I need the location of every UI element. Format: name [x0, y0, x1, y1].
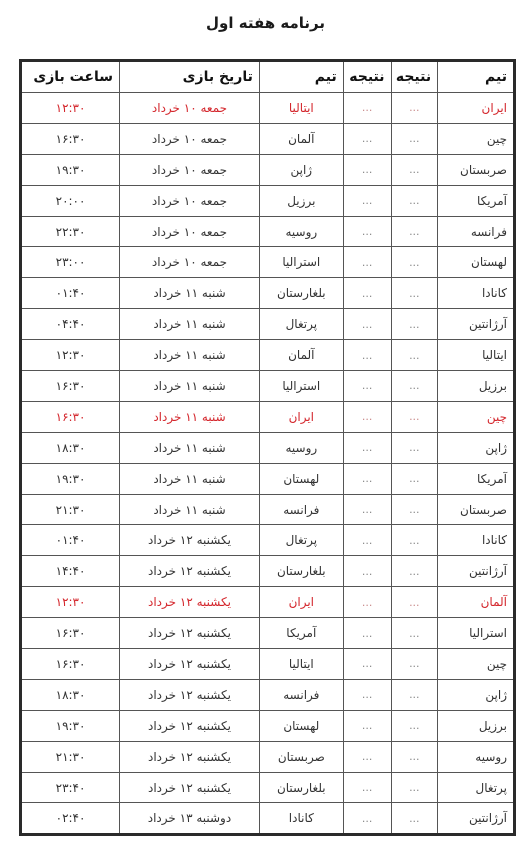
table-header-row: تیم نتیجه نتیجه تیم تاریخ بازی ساعت بازی — [21, 61, 515, 93]
table-row: ایران......ایتالیاجمعه ۱۰ خرداد۱۲:۳۰ — [21, 93, 515, 124]
cell-date: شنبه ۱۱ خرداد — [120, 401, 260, 432]
header-result2: نتیجه — [343, 61, 391, 93]
table-row: ژاپن......روسیهشنبه ۱۱ خرداد۱۸:۳۰ — [21, 432, 515, 463]
schedule-table: تیم نتیجه نتیجه تیم تاریخ بازی ساعت بازی… — [19, 59, 516, 836]
cell-time: ۱۶:۳۰ — [21, 123, 120, 154]
page-title: برنامه هفته اول — [0, 12, 531, 34]
cell-result1: ... — [391, 710, 438, 741]
cell-result2: ... — [343, 309, 391, 340]
cell-team2: آمریکا — [259, 618, 343, 649]
cell-team2: ایران — [259, 401, 343, 432]
cell-time: ۱۴:۴۰ — [21, 556, 120, 587]
cell-result1: ... — [391, 309, 438, 340]
header-date: تاریخ بازی — [120, 61, 260, 93]
cell-result1: ... — [391, 123, 438, 154]
cell-team1: استرالیا — [438, 618, 515, 649]
cell-team2: روسیه — [259, 216, 343, 247]
cell-team1: ژاپن — [438, 679, 515, 710]
cell-result1: ... — [391, 216, 438, 247]
cell-time: ۰۱:۴۰ — [21, 525, 120, 556]
cell-team2: فرانسه — [259, 679, 343, 710]
cell-team1: آرژانتین — [438, 556, 515, 587]
cell-result2: ... — [343, 185, 391, 216]
table-row: ایتالیا......آلمانشنبه ۱۱ خرداد۱۲:۳۰ — [21, 340, 515, 371]
table-row: صربستان......ژاپنجمعه ۱۰ خرداد۱۹:۳۰ — [21, 154, 515, 185]
cell-team2: بلغارستان — [259, 278, 343, 309]
cell-team1: چین — [438, 649, 515, 680]
cell-result2: ... — [343, 494, 391, 525]
cell-result1: ... — [391, 772, 438, 803]
table-row: آرژانتین......پرتغالشنبه ۱۱ خرداد۰۴:۴۰ — [21, 309, 515, 340]
cell-date: شنبه ۱۱ خرداد — [120, 463, 260, 494]
cell-team2: فرانسه — [259, 494, 343, 525]
cell-team1: چین — [438, 123, 515, 154]
header-team1: تیم — [438, 61, 515, 93]
cell-time: ۲۳:۰۰ — [21, 247, 120, 278]
cell-date: یکشنبه ۱۲ خرداد — [120, 679, 260, 710]
cell-time: ۱۲:۳۰ — [21, 340, 120, 371]
cell-result2: ... — [343, 741, 391, 772]
table-row: برزیل......استرالیاشنبه ۱۱ خرداد۱۶:۳۰ — [21, 371, 515, 402]
table-row: آمریکا......برزیلجمعه ۱۰ خرداد۲۰:۰۰ — [21, 185, 515, 216]
cell-team1: ایتالیا — [438, 340, 515, 371]
cell-time: ۰۲:۴۰ — [21, 803, 120, 835]
cell-result1: ... — [391, 494, 438, 525]
cell-result2: ... — [343, 710, 391, 741]
cell-team1: چین — [438, 401, 515, 432]
cell-result2: ... — [343, 123, 391, 154]
cell-date: یکشنبه ۱۲ خرداد — [120, 710, 260, 741]
cell-result1: ... — [391, 679, 438, 710]
cell-date: یکشنبه ۱۲ خرداد — [120, 741, 260, 772]
cell-date: جمعه ۱۰ خرداد — [120, 185, 260, 216]
cell-time: ۰۱:۴۰ — [21, 278, 120, 309]
cell-team2: برزیل — [259, 185, 343, 216]
cell-time: ۱۹:۳۰ — [21, 463, 120, 494]
cell-time: ۱۶:۳۰ — [21, 649, 120, 680]
cell-result1: ... — [391, 741, 438, 772]
cell-team1: آلمان — [438, 587, 515, 618]
cell-team2: پرتغال — [259, 309, 343, 340]
cell-time: ۰۴:۴۰ — [21, 309, 120, 340]
cell-result2: ... — [343, 556, 391, 587]
cell-team2: ژاپن — [259, 154, 343, 185]
table-row: روسیه......صربستانیکشنبه ۱۲ خرداد۲۱:۳۰ — [21, 741, 515, 772]
cell-result2: ... — [343, 618, 391, 649]
cell-date: شنبه ۱۱ خرداد — [120, 432, 260, 463]
cell-team1: آمریکا — [438, 185, 515, 216]
cell-date: جمعه ۱۰ خرداد — [120, 216, 260, 247]
cell-team1: آرژانتین — [438, 309, 515, 340]
cell-team2: ایران — [259, 587, 343, 618]
table-row: آرژانتین......بلغارستانیکشنبه ۱۲ خرداد۱۴… — [21, 556, 515, 587]
cell-time: ۲۱:۳۰ — [21, 741, 120, 772]
cell-time: ۲۲:۳۰ — [21, 216, 120, 247]
table-row: چین......ایرانشنبه ۱۱ خرداد۱۶:۳۰ — [21, 401, 515, 432]
cell-result1: ... — [391, 93, 438, 124]
cell-result1: ... — [391, 340, 438, 371]
cell-time: ۱۹:۳۰ — [21, 710, 120, 741]
cell-result1: ... — [391, 463, 438, 494]
cell-time: ۱۶:۳۰ — [21, 371, 120, 402]
cell-result1: ... — [391, 803, 438, 835]
cell-date: شنبه ۱۱ خرداد — [120, 340, 260, 371]
cell-result1: ... — [391, 371, 438, 402]
cell-date: دوشنبه ۱۳ خرداد — [120, 803, 260, 835]
cell-result2: ... — [343, 679, 391, 710]
table-row: کانادا......پرتغالیکشنبه ۱۲ خرداد۰۱:۴۰ — [21, 525, 515, 556]
table-row: ژاپن......فرانسهیکشنبه ۱۲ خرداد۱۸:۳۰ — [21, 679, 515, 710]
cell-time: ۱۸:۳۰ — [21, 432, 120, 463]
cell-result2: ... — [343, 401, 391, 432]
cell-result2: ... — [343, 278, 391, 309]
table-row: چین......ایتالیایکشنبه ۱۲ خرداد۱۶:۳۰ — [21, 649, 515, 680]
cell-time: ۱۹:۳۰ — [21, 154, 120, 185]
cell-team2: بلغارستان — [259, 556, 343, 587]
table-row: صربستان......فرانسهشنبه ۱۱ خرداد۲۱:۳۰ — [21, 494, 515, 525]
cell-date: یکشنبه ۱۲ خرداد — [120, 587, 260, 618]
cell-time: ۱۲:۳۰ — [21, 93, 120, 124]
cell-team2: ایتالیا — [259, 649, 343, 680]
cell-team1: آرژانتین — [438, 803, 515, 835]
cell-time: ۲۱:۳۰ — [21, 494, 120, 525]
cell-result2: ... — [343, 772, 391, 803]
cell-team1: کانادا — [438, 525, 515, 556]
cell-team2: روسیه — [259, 432, 343, 463]
cell-result2: ... — [343, 463, 391, 494]
table-row: کانادا......بلغارستانشنبه ۱۱ خرداد۰۱:۴۰ — [21, 278, 515, 309]
cell-result1: ... — [391, 432, 438, 463]
cell-time: ۱۲:۳۰ — [21, 587, 120, 618]
cell-time: ۱۸:۳۰ — [21, 679, 120, 710]
cell-team2: لهستان — [259, 710, 343, 741]
cell-team2: بلغارستان — [259, 772, 343, 803]
table-row: چین......آلمانجمعه ۱۰ خرداد۱۶:۳۰ — [21, 123, 515, 154]
cell-date: جمعه ۱۰ خرداد — [120, 247, 260, 278]
cell-date: یکشنبه ۱۲ خرداد — [120, 618, 260, 649]
cell-result2: ... — [343, 340, 391, 371]
cell-result1: ... — [391, 649, 438, 680]
cell-time: ۲۳:۴۰ — [21, 772, 120, 803]
cell-team2: لهستان — [259, 463, 343, 494]
cell-team1: لهستان — [438, 247, 515, 278]
table-row: برزیل......لهستانیکشنبه ۱۲ خرداد۱۹:۳۰ — [21, 710, 515, 741]
cell-result2: ... — [343, 525, 391, 556]
cell-result1: ... — [391, 185, 438, 216]
table-row: آرژانتین......کانادادوشنبه ۱۳ خرداد۰۲:۴۰ — [21, 803, 515, 835]
cell-result2: ... — [343, 154, 391, 185]
cell-team2: آلمان — [259, 123, 343, 154]
cell-team1: ژاپن — [438, 432, 515, 463]
table-body: ایران......ایتالیاجمعه ۱۰ خرداد۱۲:۳۰چین.… — [21, 93, 515, 835]
cell-result2: ... — [343, 93, 391, 124]
cell-time: ۲۰:۰۰ — [21, 185, 120, 216]
cell-result2: ... — [343, 587, 391, 618]
cell-result2: ... — [343, 371, 391, 402]
table-row: آمریکا......لهستانشنبه ۱۱ خرداد۱۹:۳۰ — [21, 463, 515, 494]
table-row: فرانسه......روسیهجمعه ۱۰ خرداد۲۲:۳۰ — [21, 216, 515, 247]
cell-team1: صربستان — [438, 154, 515, 185]
cell-date: شنبه ۱۱ خرداد — [120, 278, 260, 309]
cell-result1: ... — [391, 247, 438, 278]
cell-date: یکشنبه ۱۲ خرداد — [120, 772, 260, 803]
table-row: استرالیا......آمریکایکشنبه ۱۲ خرداد۱۶:۳۰ — [21, 618, 515, 649]
cell-team1: ایران — [438, 93, 515, 124]
table-row: پرتغال......بلغارستانیکشنبه ۱۲ خرداد۲۳:۴… — [21, 772, 515, 803]
cell-team1: پرتغال — [438, 772, 515, 803]
cell-result2: ... — [343, 216, 391, 247]
table-row: آلمان......ایرانیکشنبه ۱۲ خرداد۱۲:۳۰ — [21, 587, 515, 618]
cell-team2: پرتغال — [259, 525, 343, 556]
cell-team2: ایتالیا — [259, 93, 343, 124]
cell-result1: ... — [391, 278, 438, 309]
cell-date: شنبه ۱۱ خرداد — [120, 309, 260, 340]
cell-result1: ... — [391, 618, 438, 649]
cell-result1: ... — [391, 556, 438, 587]
header-team2: تیم — [259, 61, 343, 93]
cell-date: شنبه ۱۱ خرداد — [120, 371, 260, 402]
cell-team1: روسیه — [438, 741, 515, 772]
cell-result1: ... — [391, 401, 438, 432]
cell-date: یکشنبه ۱۲ خرداد — [120, 649, 260, 680]
cell-team2: آلمان — [259, 340, 343, 371]
cell-date: یکشنبه ۱۲ خرداد — [120, 556, 260, 587]
cell-team1: برزیل — [438, 371, 515, 402]
cell-time: ۱۶:۳۰ — [21, 401, 120, 432]
cell-result1: ... — [391, 525, 438, 556]
cell-date: شنبه ۱۱ خرداد — [120, 494, 260, 525]
cell-date: یکشنبه ۱۲ خرداد — [120, 525, 260, 556]
cell-date: جمعه ۱۰ خرداد — [120, 123, 260, 154]
cell-team2: استرالیا — [259, 247, 343, 278]
header-result1: نتیجه — [391, 61, 438, 93]
cell-team1: فرانسه — [438, 216, 515, 247]
cell-result2: ... — [343, 247, 391, 278]
cell-result1: ... — [391, 154, 438, 185]
cell-result2: ... — [343, 803, 391, 835]
header-time: ساعت بازی — [21, 61, 120, 93]
cell-time: ۱۶:۳۰ — [21, 618, 120, 649]
cell-team2: استرالیا — [259, 371, 343, 402]
cell-result1: ... — [391, 587, 438, 618]
cell-team1: صربستان — [438, 494, 515, 525]
cell-team2: صربستان — [259, 741, 343, 772]
cell-date: جمعه ۱۰ خرداد — [120, 154, 260, 185]
cell-result2: ... — [343, 649, 391, 680]
cell-team1: آمریکا — [438, 463, 515, 494]
cell-result2: ... — [343, 432, 391, 463]
cell-team2: کانادا — [259, 803, 343, 835]
cell-team1: کانادا — [438, 278, 515, 309]
cell-team1: برزیل — [438, 710, 515, 741]
cell-date: جمعه ۱۰ خرداد — [120, 93, 260, 124]
table-row: لهستان......استرالیاجمعه ۱۰ خرداد۲۳:۰۰ — [21, 247, 515, 278]
